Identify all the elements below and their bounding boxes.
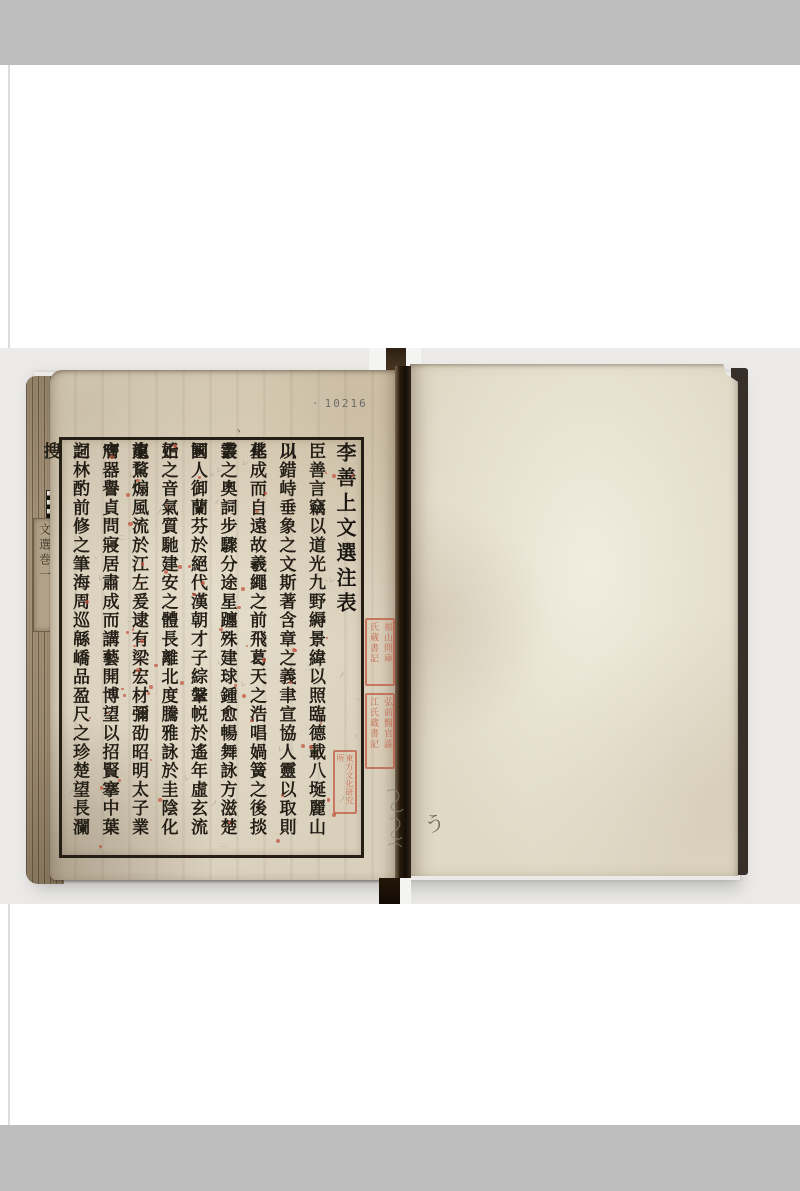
seal-column-left: 江氏蔵書記	[367, 697, 379, 765]
book-strap-bottom	[379, 878, 400, 904]
top-gray-band	[0, 0, 800, 65]
seal-column-left: 氏蔵書記	[367, 622, 379, 682]
text-column: 詞人御蘭芬於絕代漢朝才子綜鞶帨於遙年虛玄流正	[182, 442, 212, 853]
text-column: 始之音氣質馳建安之體長離北度騰雅詠於圭陰化龍	[152, 442, 182, 853]
text-column: 雲之奧詞步驟分途星躔殊建球鍾愈暢舞詠方滋楚國	[211, 442, 241, 853]
text-column: 詞林酌前修之筆海周巡緜嶠品盈尺之珍楚望長瀾搜	[64, 442, 94, 853]
bottom-gray-band	[0, 1125, 800, 1191]
stamp-prefix: ·	[312, 397, 321, 410]
pencil-doodle	[382, 785, 408, 853]
scan-viewport: 文選巻一 ·10216 ヽ 李善上文選注表 臣善言竊以道光九野縟景緯以照臨德載八…	[0, 0, 800, 1191]
collector-seal-bottom: 弘前醫官澁 江氏蔵書記	[365, 693, 395, 769]
handwritten-margin-mark: ヽ	[234, 424, 243, 437]
text-column: 以錯峙垂象之文斯著含章之義聿宣協人靈以取則基	[270, 442, 300, 853]
text-column: 化成而自遠故羲繩之前飛葛天之浩唱媧簧之後掞叢	[241, 442, 271, 853]
collector-seal-top: 福山問庫 氏蔵書記	[365, 618, 395, 686]
text-block: 李善上文選注表 臣善言竊以道光九野縟景緯以照臨德載八埏麗山川 以錯峙垂象之文斯著…	[59, 437, 364, 858]
ink-scribble: う	[422, 806, 448, 839]
seal-column-right: 福山問庫	[381, 622, 393, 682]
stamp-digits: 10216	[325, 397, 368, 410]
seal-column-right: 弘前醫官澁	[381, 697, 393, 765]
text-column: 東騖煽風流於江左爰逮有梁宏材彌劭昭明太子業膺	[123, 442, 153, 853]
text-column: 臣善言竊以道光九野縟景緯以照臨德載八埏麗山川	[300, 442, 330, 853]
institute-seal: 東方文化研究所	[333, 750, 357, 814]
book-photograph: 文選巻一 ·10216 ヽ 李善上文選注表 臣善言竊以道光九野縟景緯以照臨德載八…	[0, 348, 800, 904]
cradle-strip-bottom	[400, 878, 411, 904]
text-column: 守器譽貞問寢居肅成而講藝開博望以招賢搴中葉之	[93, 442, 123, 853]
catalog-number-stamp: ·10216	[312, 397, 368, 410]
left-page: ·10216 ヽ 李善上文選注表 臣善言竊以道光九野縟景緯以照臨德載八埏麗山川 …	[50, 370, 397, 880]
text-columns: 李善上文選注表 臣善言竊以道光九野縟景緯以照臨德載八埏麗山川 以錯峙垂象之文斯著…	[62, 442, 361, 853]
right-page: う	[410, 364, 738, 876]
institute-seal-text: 東方文化研究所	[336, 754, 354, 810]
